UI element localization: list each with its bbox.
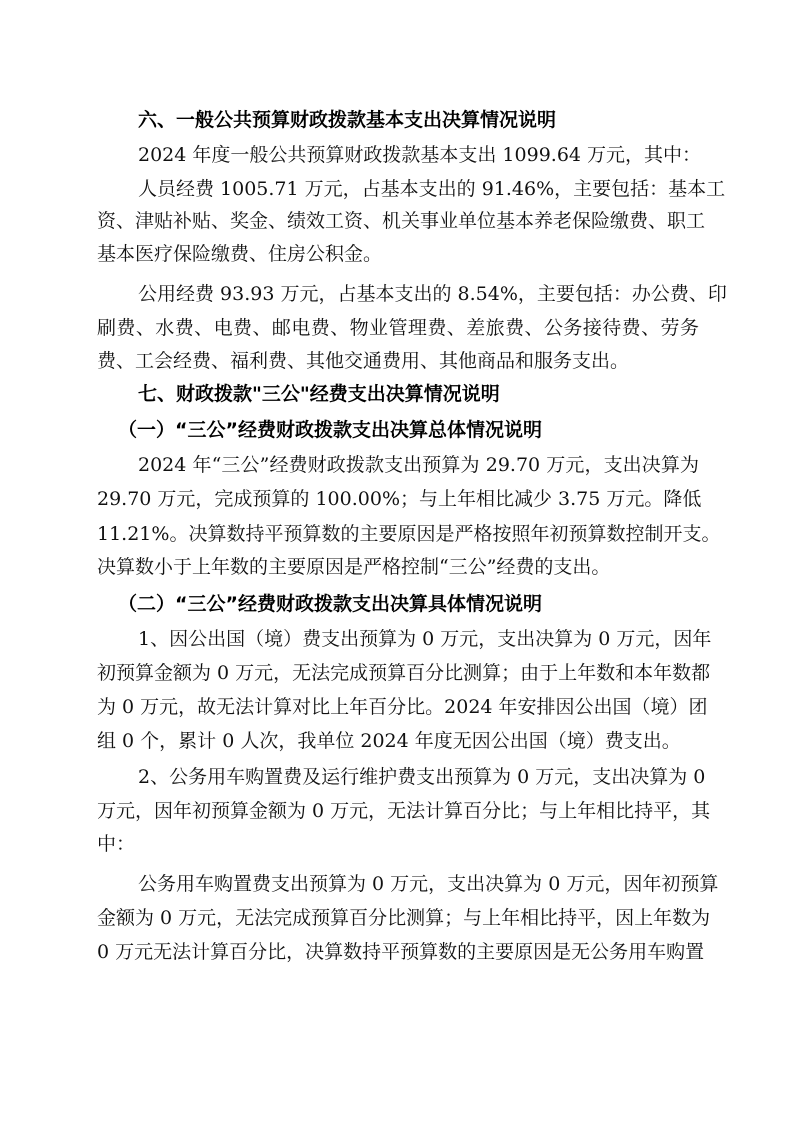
subsection-1-heading: （一）“三公”经费财政拨款支出决算总体情况说明 [118,415,720,445]
paragraph-line: 刷费、水费、电费、邮电费、物业管理费、差旅费、公务接待费、劳务 [97,313,699,343]
paragraph-line: 1、因公出国（境）费支出预算为 0 万元，支出决算为 0 万元，因年 [138,624,699,654]
paragraph-line: 初预算金额为 0 万元，无法完成预算百分比测算；由于上年数和本年数都 [97,658,699,688]
paragraph-line: 组 0 个，累计 0 人次，我单位 2024 年度无因公出国（境）费支出。 [97,726,699,756]
paragraph-line: 2、公务用车购置费及运行维护费支出预算为 0 万元，支出决算为 0 [138,762,699,792]
paragraph-line: 2024 年“三公”经费财政拨款支出预算为 29.70 万元，支出决算为 [138,450,699,480]
paragraph-line: 公用经费 93.93 万元，占基本支出的 8.54%，主要包括：办公费、印 [138,279,699,309]
subsection-2-heading: （二）“三公”经费财政拨款支出决算具体情况说明 [118,589,720,619]
paragraph-line: 基本医疗保险缴费、住房公积金。 [97,239,699,269]
paragraph-line: 11.21%。决算数持平预算数的主要原因是严格按照年初预算数控制开支。 [97,519,699,549]
paragraph-line: 万元，因年初预算金额为 0 万元，无法计算百分比；与上年相比持平，其 [97,796,699,826]
paragraph-line: 金额为 0 万元，无法完成预算百分比测算；与上年相比持平，因上年数为 [97,903,699,933]
paragraph-line: 费、工会经费、福利费、其他交通费用、其他商品和服务支出。 [97,346,699,376]
paragraph-line: 为 0 万元，故无法计算对比上年百分比。2024 年安排因公出国（境）团 [97,692,699,722]
paragraph-line: 人员经费 1005.71 万元，占基本支出的 91.46%，主要包括：基本工 [138,174,699,204]
document-page: 六、一般公共预算财政拨款基本支出决算情况说明 2024 年度一般公共预算财政拨款… [0,0,793,1122]
section-6-heading: 六、一般公共预算财政拨款基本支出决算情况说明 [138,105,699,135]
paragraph-line: 中： [97,829,699,859]
section-7-heading: 七、财政拨款"三公"经费支出决算情况说明 [138,379,699,409]
paragraph-line: 29.70 万元，完成预算的 100.00%；与上年相比减少 3.75 万元。降… [97,484,699,514]
paragraph-line: 2024 年度一般公共预算财政拨款基本支出 1099.64 万元，其中： [138,140,699,170]
paragraph-line: 资、津贴补贴、奖金、绩效工资、机关事业单位基本养老保险缴费、职工 [97,206,699,236]
paragraph-line: 公务用车购置费支出预算为 0 万元，支出决算为 0 万元，因年初预算 [138,869,699,899]
paragraph-line: 决算数小于上年数的主要原因是严格控制“三公”经费的支出。 [97,552,699,582]
paragraph-line: 0 万元无法计算百分比，决算数持平预算数的主要原因是无公务用车购置 [97,937,699,967]
